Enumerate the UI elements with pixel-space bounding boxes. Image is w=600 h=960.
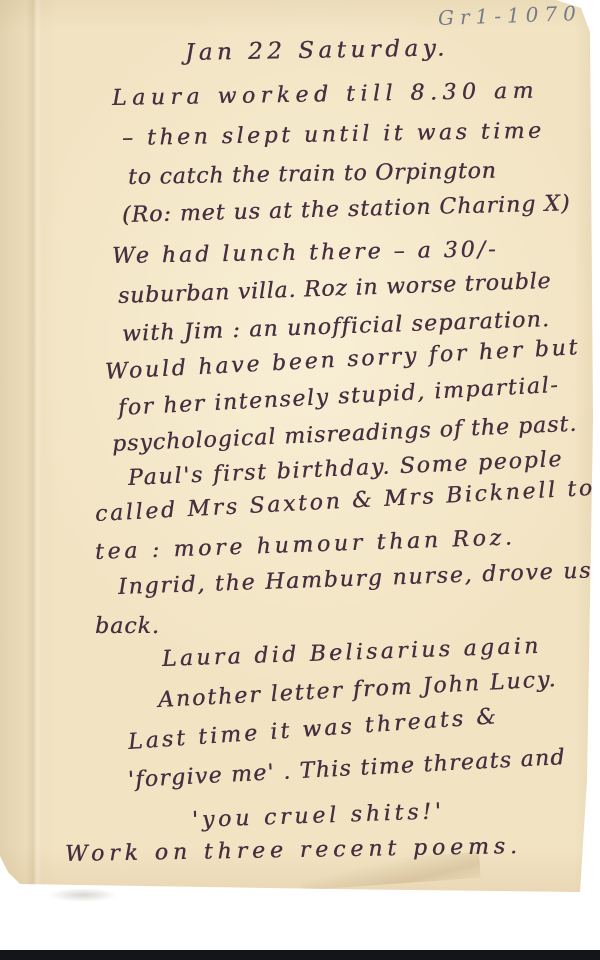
photograph-backdrop: Gr1-1070 Jan 22 Saturday. Laura worked t… bbox=[0, 0, 600, 960]
handwritten-line: suburban villa. Roz in worse trouble bbox=[118, 269, 552, 309]
handwritten-line: Ingrid, the Hamburg nurse, drove us bbox=[118, 558, 593, 600]
handwritten-line: back. bbox=[95, 614, 160, 639]
handwritten-line: (Ro: met us at the station Charing X) bbox=[122, 191, 571, 228]
handwritten-line: Laura worked till 8.30 am bbox=[112, 79, 539, 111]
paper-crease bbox=[26, 0, 42, 892]
handwritten-line: – then slept until it was time bbox=[122, 119, 545, 151]
paper-edge-smudge bbox=[48, 888, 118, 902]
handwritten-line: Laura did Belisarius again bbox=[162, 634, 542, 672]
diary-page: Gr1-1070 Jan 22 Saturday. Laura worked t… bbox=[0, 0, 600, 892]
handwritten-line: to catch the train to Orpington bbox=[128, 159, 497, 190]
handwritten-line: We had lunch there – a 30/- bbox=[112, 237, 499, 269]
film-strip bbox=[0, 950, 600, 960]
date-heading: Jan 22 Saturday. bbox=[185, 35, 449, 66]
handwritten-line: tea : more humour than Roz. bbox=[95, 525, 516, 565]
handwritten-line: Last time it was threats & bbox=[127, 704, 500, 755]
archive-number: Gr1-1070 bbox=[438, 1, 583, 30]
handwritten-line: 'forgive me' . This time threats and bbox=[127, 745, 566, 793]
handwritten-line: 'you cruel shits!' bbox=[192, 799, 446, 833]
